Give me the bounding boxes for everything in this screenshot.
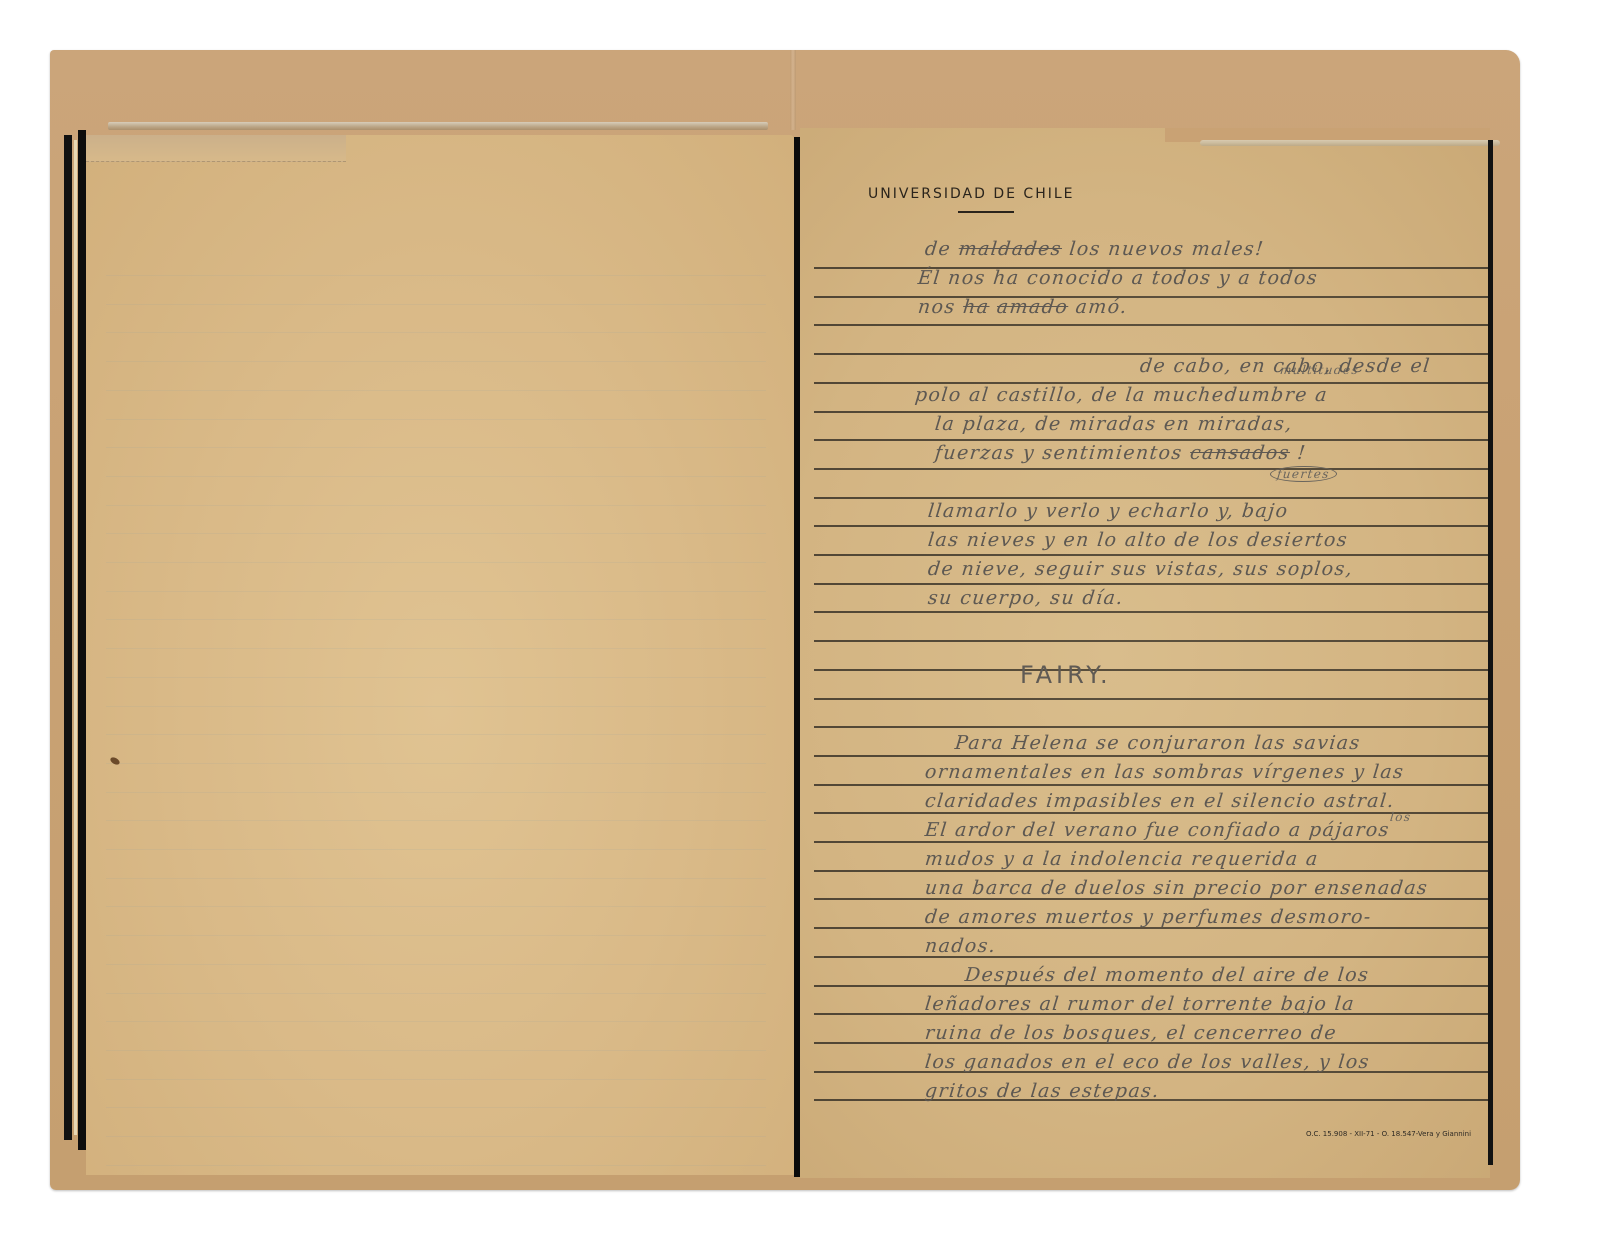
handwritten-line: mudos y a la indolencia requerida a [924,848,1320,870]
handwritten-line: las nieves y en lo alto de los desiertos [927,529,1349,551]
printer-mark: O.C. 15.908 - XII-71 - O. 18.547-Vera y … [1306,1130,1471,1138]
faint-ruled-line [106,964,766,965]
struck-word: amado [996,296,1070,318]
struck-word: maldades [958,238,1064,260]
faint-ruled-line [106,878,766,879]
faint-ruled-line [106,906,766,907]
ruled-line [814,296,1488,298]
page-stack-edge [78,130,86,1150]
handwritten-line: una barca de duelos sin precio por ensen… [924,877,1430,899]
faint-ruled-line [106,533,766,534]
ruled-line [814,698,1488,700]
handwritten-line: Para Helena se conjuraron las savias [954,732,1362,754]
handwritten-line: gritos de las estepas. [924,1080,1161,1102]
faint-ruled-line [106,419,766,420]
faint-ruled-line [106,993,766,994]
ruled-line [814,812,1488,814]
faint-ruled-line [106,304,766,305]
ruled-line [814,956,1488,958]
faint-ruled-line [106,792,766,793]
ruled-line [814,755,1488,757]
handwritten-line: El ardor del verano fue confiado a pájar… [924,819,1391,841]
handwritten-line: de amores muertos y perfumes desmoro- [924,906,1373,928]
faint-ruled-line [106,332,766,333]
torn-paper-strip [1200,140,1500,146]
handwritten-line: su cuerpo, su día. [927,587,1125,609]
page-edge [1488,140,1493,1165]
ruled-line [814,439,1488,441]
handwritten-line: llamarlo y verlo y echarlo y, bajo [927,500,1290,522]
faint-ruled-line [106,361,766,362]
handwritten-line: nados. [924,935,998,957]
faint-ruled-line [106,706,766,707]
handwritten-line: Después del momento del aire de los [964,964,1371,986]
handwritten-line: ornamentales en las sombras vírgenes y l… [924,761,1406,783]
handwritten-line: la plaza, de miradas en miradas, [934,413,1294,435]
faint-ruled-line [106,562,766,563]
handwritten-line: leñadores al rumor del torrente bajo la [924,993,1356,1015]
faint-ruled-line [106,734,766,735]
faint-ruled-line [106,849,766,850]
handwritten-line: de cabo, en cabo, desde el [1139,355,1432,377]
handwritten-line: los ganados en el eco de los valles, y l… [924,1051,1371,1073]
handwritten-heading: FAIRY. [1020,661,1112,689]
faint-ruled-line [106,1107,766,1108]
ruled-line [814,554,1488,556]
left-page [86,135,794,1175]
ruled-line [814,841,1488,843]
handwritten-line: nos ha amado amó. [917,296,1129,318]
ruled-line [814,669,1488,671]
faint-ruled-line [106,1165,766,1166]
ruled-line [814,324,1488,326]
faint-ruled-line [106,1050,766,1051]
letterhead-underline [958,211,1014,213]
handwritten-line: de nieve, seguir sus vistas, sus soplos, [927,558,1355,580]
ruled-line [814,726,1488,728]
ruled-line [814,525,1488,527]
faint-ruled-line [106,763,766,764]
faint-ruled-line [106,447,766,448]
faint-ruled-line [106,935,766,936]
faint-ruled-line [106,275,766,276]
ruled-line [814,784,1488,786]
faint-ruled-line [106,476,766,477]
ruled-line [814,640,1488,642]
handwritten-insertion: los [1389,810,1412,824]
handwritten-line: Él nos ha conocido a todos y a todos [917,267,1319,289]
letterhead: UNIVERSIDAD DE CHILE [868,186,1075,202]
ruled-line [814,583,1488,585]
folder-fold [790,50,796,130]
ruled-line [814,611,1488,613]
faint-ruled-line [106,648,766,649]
handwritten-line: polo al castillo, de la muchedumbre a [914,384,1329,406]
circled-insertion: fuertes [1269,466,1338,482]
page-stack-edge [64,135,72,1140]
torn-page-corner [86,135,346,162]
torn-paper-strip [108,122,768,130]
ruled-line [814,468,1488,470]
faint-ruled-line [106,820,766,821]
handwritten-line: ruina de los bosques, el cencerreo de [924,1022,1338,1044]
faint-ruled-line [106,591,766,592]
handwritten-line: de maldades los nuevos males! [924,238,1266,260]
struck-word: ha [962,296,991,318]
struck-word: cansados [1189,442,1291,464]
faint-ruled-line [106,1021,766,1022]
handwritten-line: fuerzas y sentimientos cansados ! [934,442,1308,464]
ruled-line [814,497,1488,499]
faint-ruled-line [106,619,766,620]
handwritten-line: claridades impasibles en el silencio ast… [924,790,1396,812]
page-stack-edge [74,140,77,1135]
faint-ruled-line [106,1136,766,1137]
faint-ruled-line [106,390,766,391]
faint-ruled-line [106,505,766,506]
faint-ruled-line [106,677,766,678]
faint-ruled-line [106,1079,766,1080]
